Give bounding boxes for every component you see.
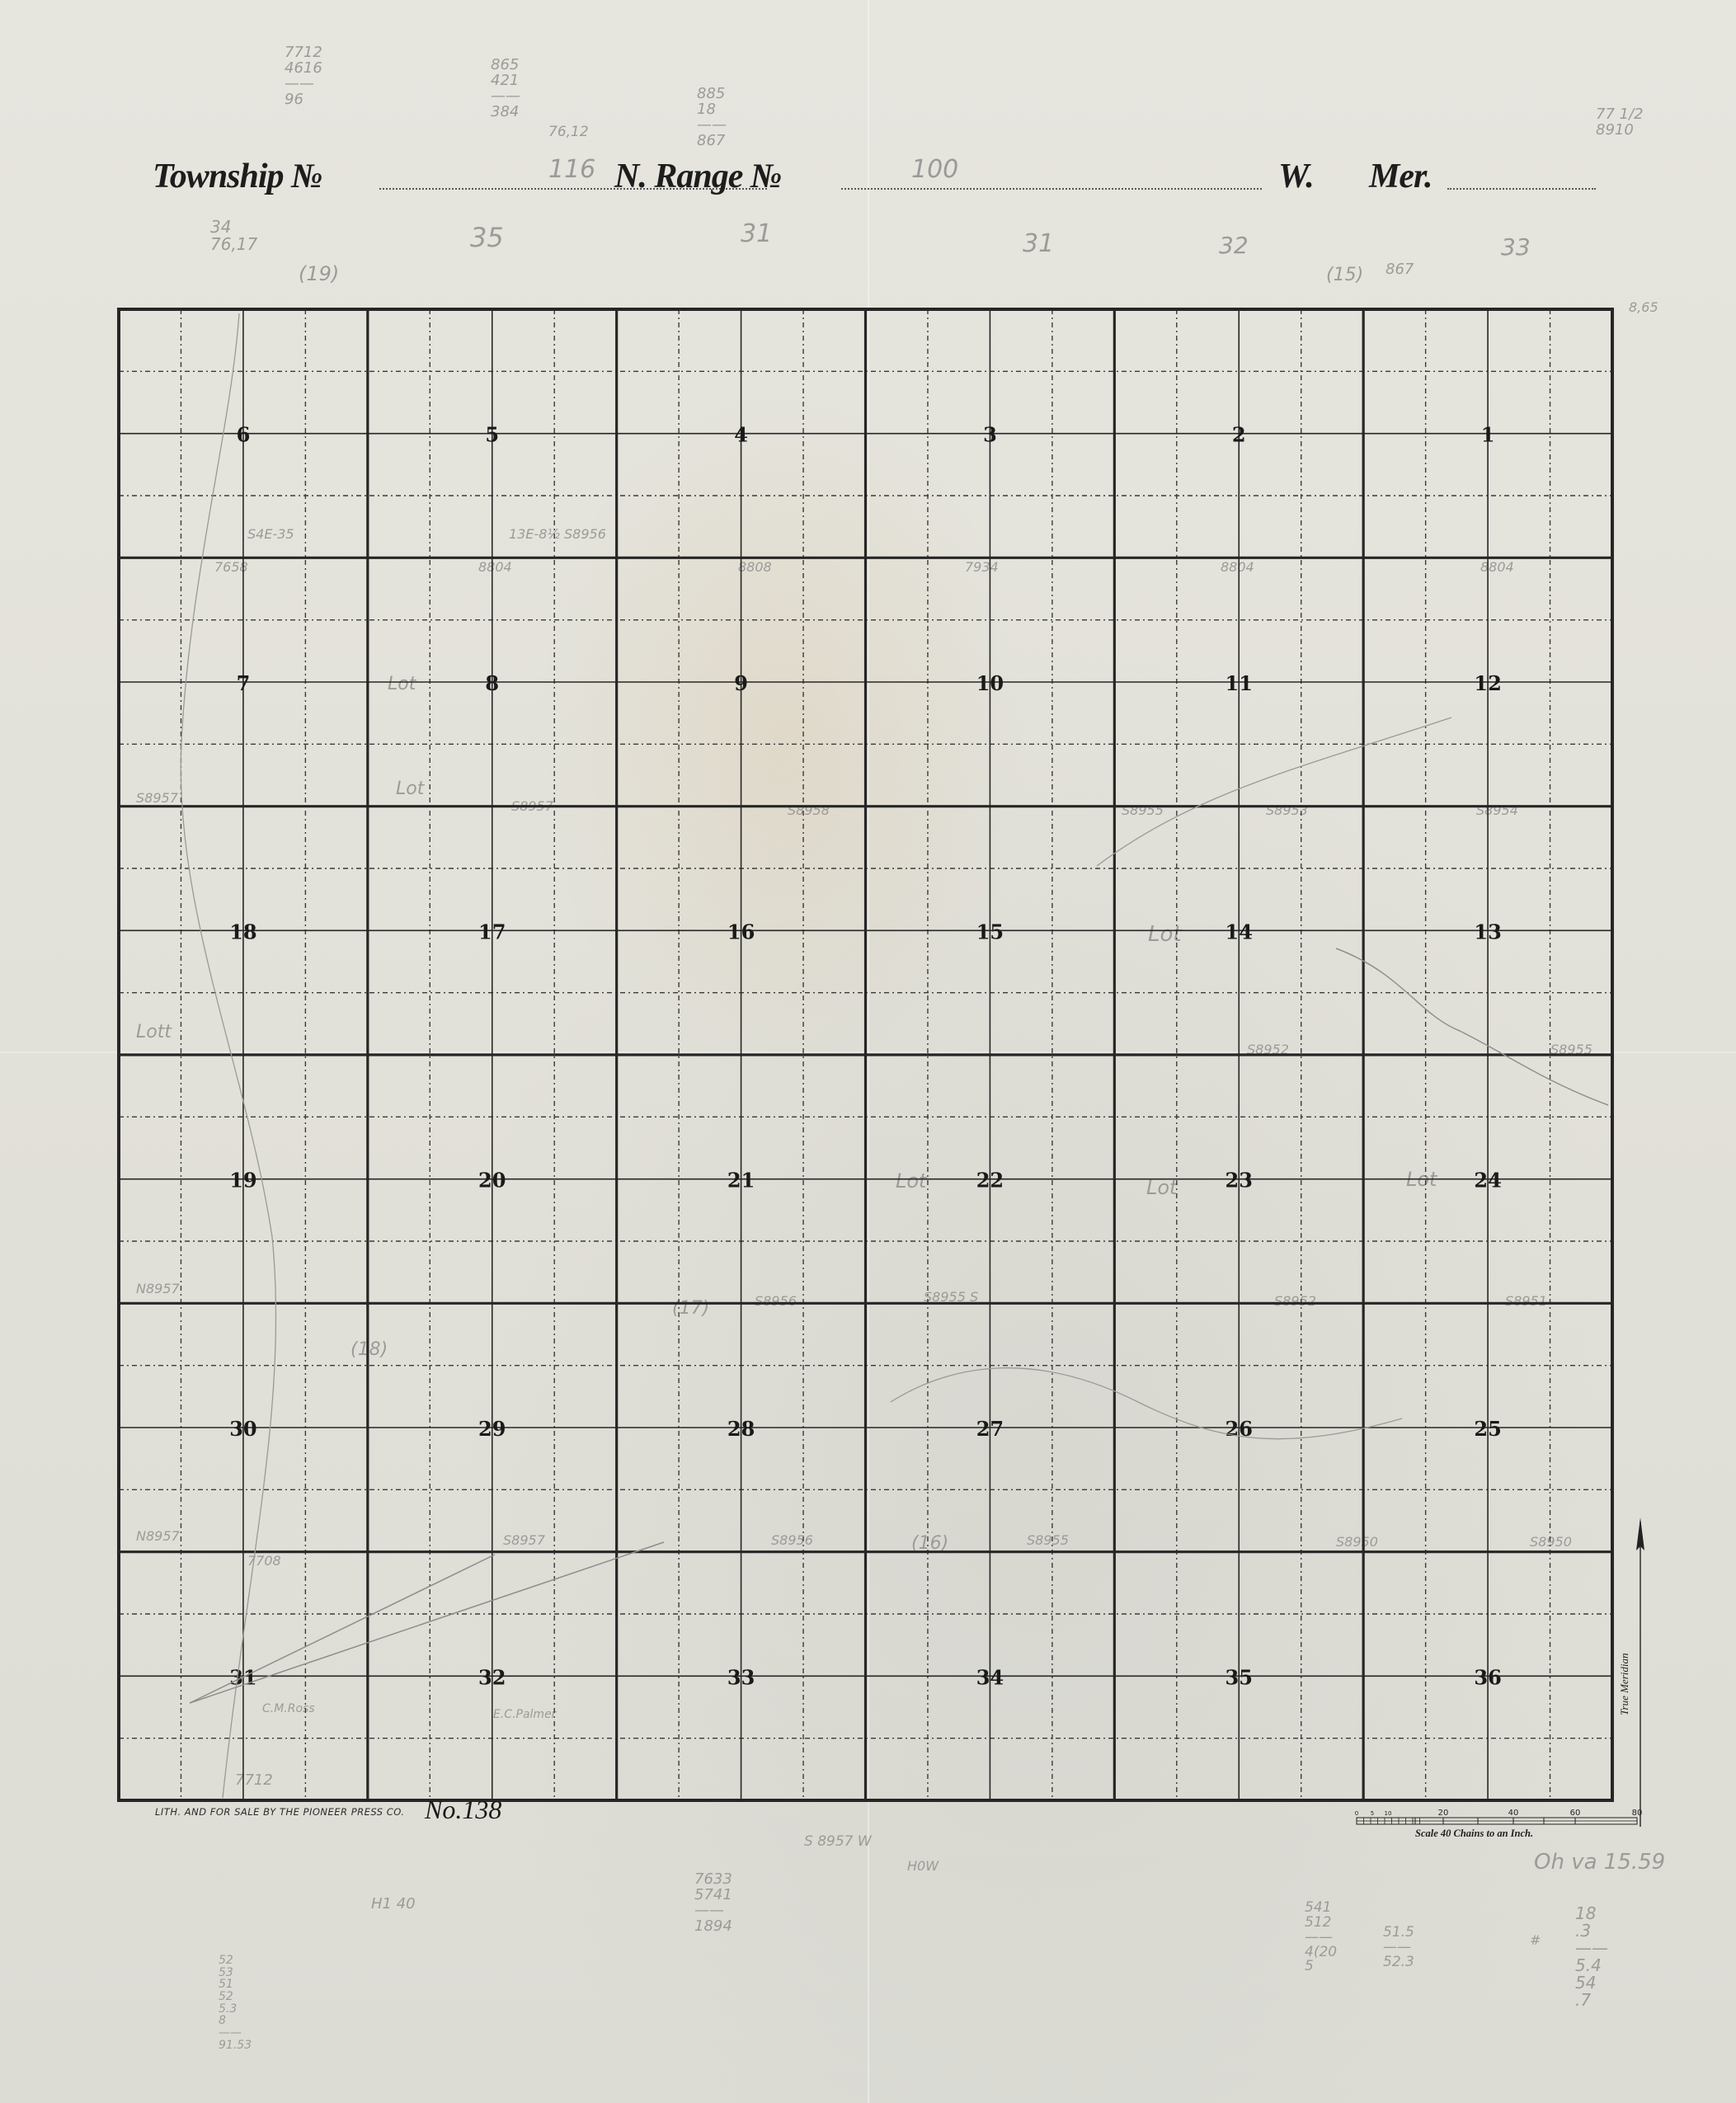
section-number-32: 32 [478, 1665, 506, 1689]
scale-tick-label: 10 [1385, 1810, 1392, 1817]
section-number-4: 4 [734, 423, 748, 447]
section-number-35: 35 [1226, 1665, 1253, 1689]
township-plat-grid: 6543217891011121817161514131920212223243… [0, 0, 1736, 2103]
section-number-33: 33 [727, 1665, 755, 1689]
section-number-9: 9 [734, 671, 748, 695]
stream-line [1097, 717, 1451, 866]
lithographer-credit: LITH. AND FOR SALE BY THE PIONEER PRESS … [155, 1806, 405, 1818]
section-number-25: 25 [1474, 1417, 1501, 1441]
section-number-28: 28 [727, 1417, 755, 1441]
section-number-2: 2 [1232, 423, 1246, 447]
section-number-29: 29 [478, 1417, 506, 1441]
section-number-22: 22 [976, 1169, 1004, 1193]
section-number-5: 5 [485, 423, 499, 447]
section-number-24: 24 [1474, 1169, 1501, 1193]
section-number-10: 10 [976, 671, 1004, 695]
section-number-3: 3 [983, 423, 997, 447]
section-number-11: 11 [1226, 671, 1253, 695]
scale-caption: Scale 40 Chains to an Inch. [1415, 1828, 1533, 1840]
scale-tick-label: 0 [1355, 1810, 1358, 1817]
survey-tie-line [190, 1555, 495, 1703]
section-number-1: 1 [1481, 423, 1495, 447]
section-number-8: 8 [485, 671, 499, 695]
section-number-13: 13 [1474, 920, 1501, 943]
section-number-27: 27 [976, 1417, 1004, 1441]
section-number-30: 30 [229, 1417, 256, 1441]
section-number-19: 19 [229, 1169, 256, 1193]
scale-tick-label: 20 [1438, 1809, 1449, 1818]
scale-tick-label: 5 [1371, 1810, 1374, 1817]
plate-number: No.138 [425, 1795, 501, 1825]
survey-tie-line [190, 1542, 664, 1703]
section-number-18: 18 [229, 920, 256, 943]
scale-tick-label: 60 [1570, 1809, 1581, 1818]
section-number-34: 34 [976, 1665, 1004, 1689]
section-number-12: 12 [1474, 671, 1501, 695]
section-number-15: 15 [976, 920, 1004, 943]
section-number-21: 21 [727, 1169, 755, 1193]
section-number-20: 20 [478, 1169, 506, 1193]
true-meridian-label: True Meridian [1618, 1654, 1631, 1715]
section-number-16: 16 [727, 920, 755, 943]
stream-line [1336, 948, 1608, 1105]
scale-tick-label: 40 [1508, 1809, 1519, 1818]
section-number-23: 23 [1226, 1169, 1253, 1193]
section-number-36: 36 [1474, 1665, 1501, 1689]
north-arrow-icon [1636, 1517, 1644, 1550]
section-number-17: 17 [478, 920, 506, 943]
section-number-6: 6 [237, 423, 251, 447]
section-number-14: 14 [1226, 920, 1253, 943]
section-number-7: 7 [237, 671, 251, 695]
